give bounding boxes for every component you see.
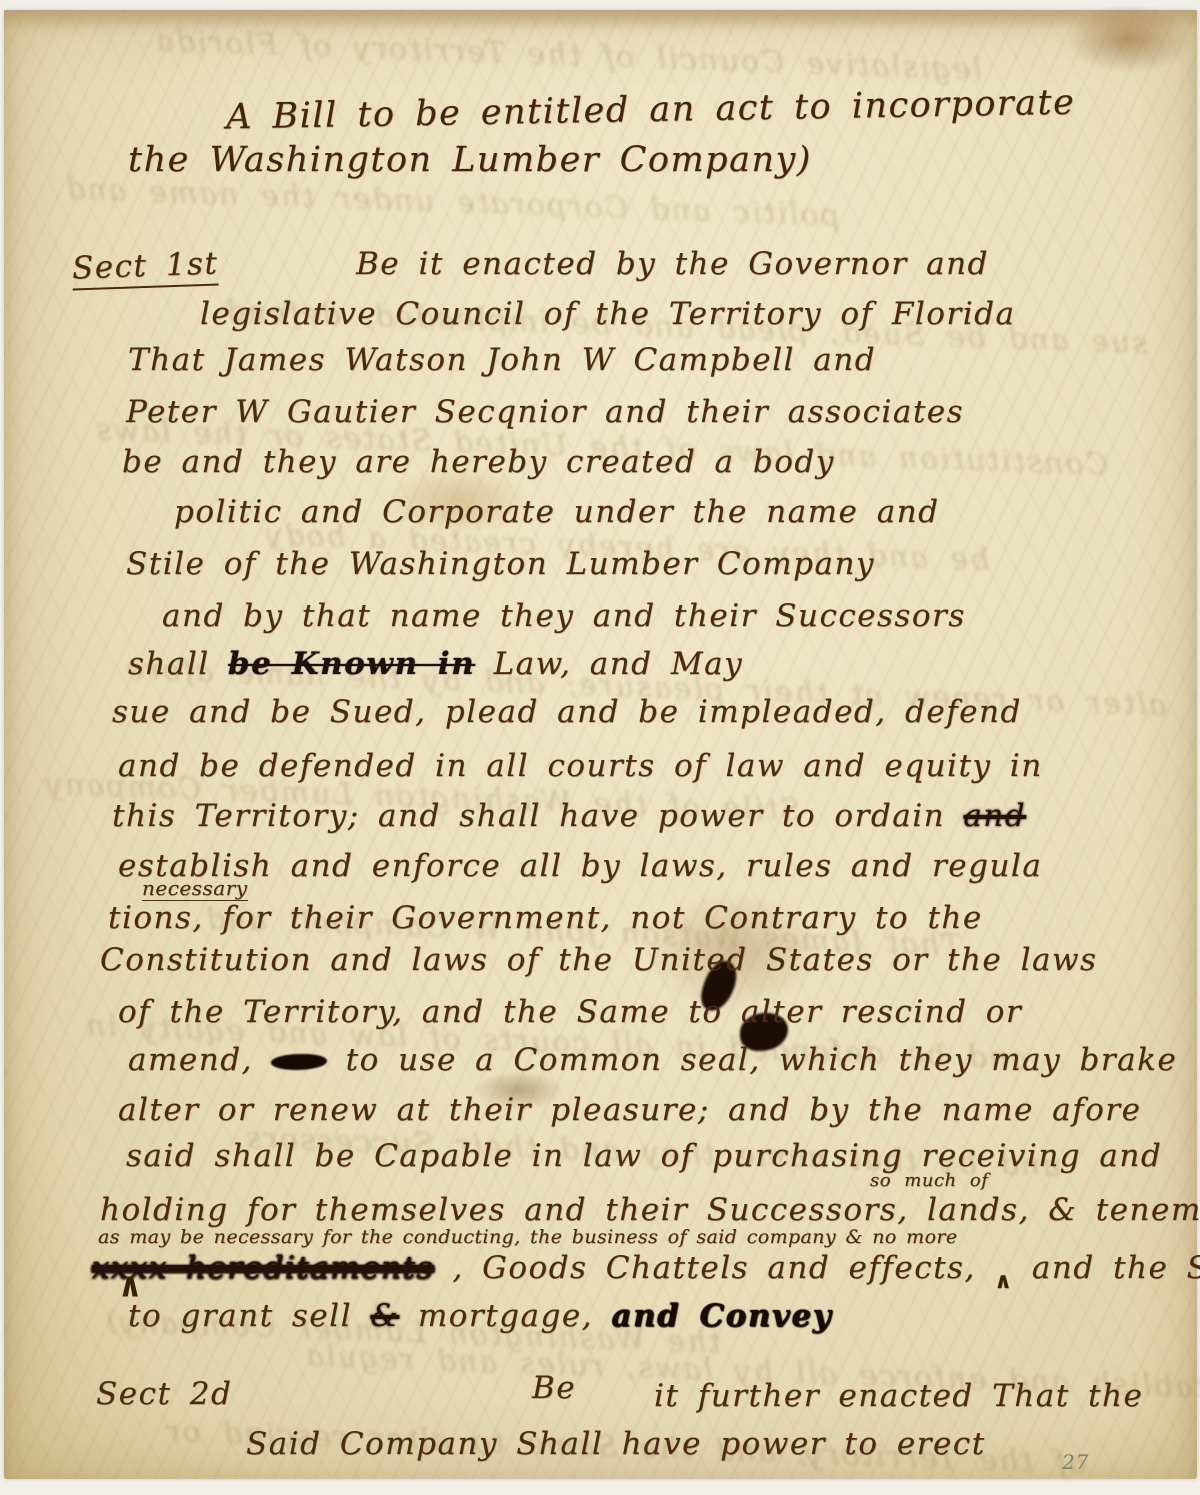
inserted-word: necessary [142,876,248,901]
manuscript-line: Peter W Gautier Secqnior and their assoc… [126,394,964,430]
line-text: to grant sell [128,1298,352,1334]
bill-title-line-2: the Washington Lumber Company) [128,140,812,180]
corner-stain [1064,4,1194,74]
section-1-heading: Sect 1st [71,245,219,286]
manuscript-line: Be [532,1370,576,1406]
overwritten-words: be Known in [228,646,475,682]
manuscript-line: Be it enacted by the Governor and [356,246,989,282]
line-text: shall [128,646,210,682]
line-text: tions, [108,900,204,936]
line-text: , Goods Chattels and effects, [452,1250,975,1286]
manuscript-line: That James Watson John W Campbell and [128,342,876,378]
manuscript-line: to grant sell & mortgage, and Convey [128,1298,832,1334]
manuscript-line: be and they are hereby created a body [122,444,835,480]
overwritten-words: and Convey [611,1298,832,1334]
section-2-heading: Sect 2d [96,1376,232,1412]
struck-word: and [963,798,1026,834]
manuscript-line: alter or renew at their pleasure; and by… [118,1092,1141,1128]
interlined-line: as may be necessary for the conducting, … [98,1226,958,1248]
manuscript-line: holding for themselves and their Success… [100,1192,1200,1228]
line-text: lands, & tenements [927,1192,1200,1228]
manuscript-line: sue and be Sued, plead and be impleaded,… [112,694,1022,730]
manuscript-page: legislative Council of the Territory of … [4,10,1197,1479]
manuscript-line: amend, to use a Common seal, which they … [128,1042,1177,1078]
manuscript-line: tions, necessary for their Government, n… [108,900,983,936]
line-text: and the Same [1032,1250,1200,1286]
manuscript-line: Constitution and laws of the United Stat… [100,942,1097,978]
line-text: this Territory; and shall have power to … [112,798,945,834]
bill-title-line-1: A Bill to be entitled an act to incorpor… [226,83,1076,138]
inserted-phrase: so much of [870,1170,988,1191]
manuscript-line: it further enacted That the [654,1378,1143,1414]
struck-word: & [370,1298,399,1334]
manuscript-line: of the Territory, and the Same to alter … [118,994,1022,1030]
section-1-heading-text: Sect 1st [71,245,219,290]
ink-blot [271,1054,327,1070]
page-number: 27 [1062,1450,1089,1474]
struck-words: xxxx hereditaments [92,1250,434,1286]
manuscript-scan: { "meta": { "page_number": "27" }, "titl… [0,0,1200,1495]
line-text: to use a Common seal, which they may bra… [346,1042,1178,1078]
line-text: amend, [128,1042,253,1078]
bleedthrough-line: politic and Corporate under the name and [64,171,841,233]
bleedthrough-line: legislative Council of the Territory of … [154,24,983,88]
manuscript-line: and by that name they and their Successo… [162,598,966,634]
line-text: holding for themselves and their Success… [100,1192,909,1228]
manuscript-line: establish and enforce all by laws, rules… [118,848,1042,884]
manuscript-line: politic and Corporate under the name and [174,494,940,530]
line-text: Law, and May [494,646,744,682]
manuscript-line: Stile of the Washington Lumber Company [126,546,875,582]
manuscript-line: said shall be Capable in law of purchasi… [126,1138,1162,1174]
manuscript-line: legislative Council of the Territory of … [200,296,1016,332]
line-text: mortgage, [418,1298,593,1334]
manuscript-line: Said Company Shall have power to erect [246,1426,986,1462]
paper-top-edge [4,10,1197,30]
caret-mark: ∧ [994,1269,1013,1294]
manuscript-line: and be defended in all courts of law and… [118,748,1043,784]
manuscript-line: shall be Known in Law, and May [128,646,743,682]
manuscript-line: xxxx hereditaments , Goods Chattels and … [92,1250,1200,1294]
manuscript-line: this Territory; and shall have power to … [112,798,1026,834]
line-text: for their Government, not Contrary to th… [222,900,983,936]
